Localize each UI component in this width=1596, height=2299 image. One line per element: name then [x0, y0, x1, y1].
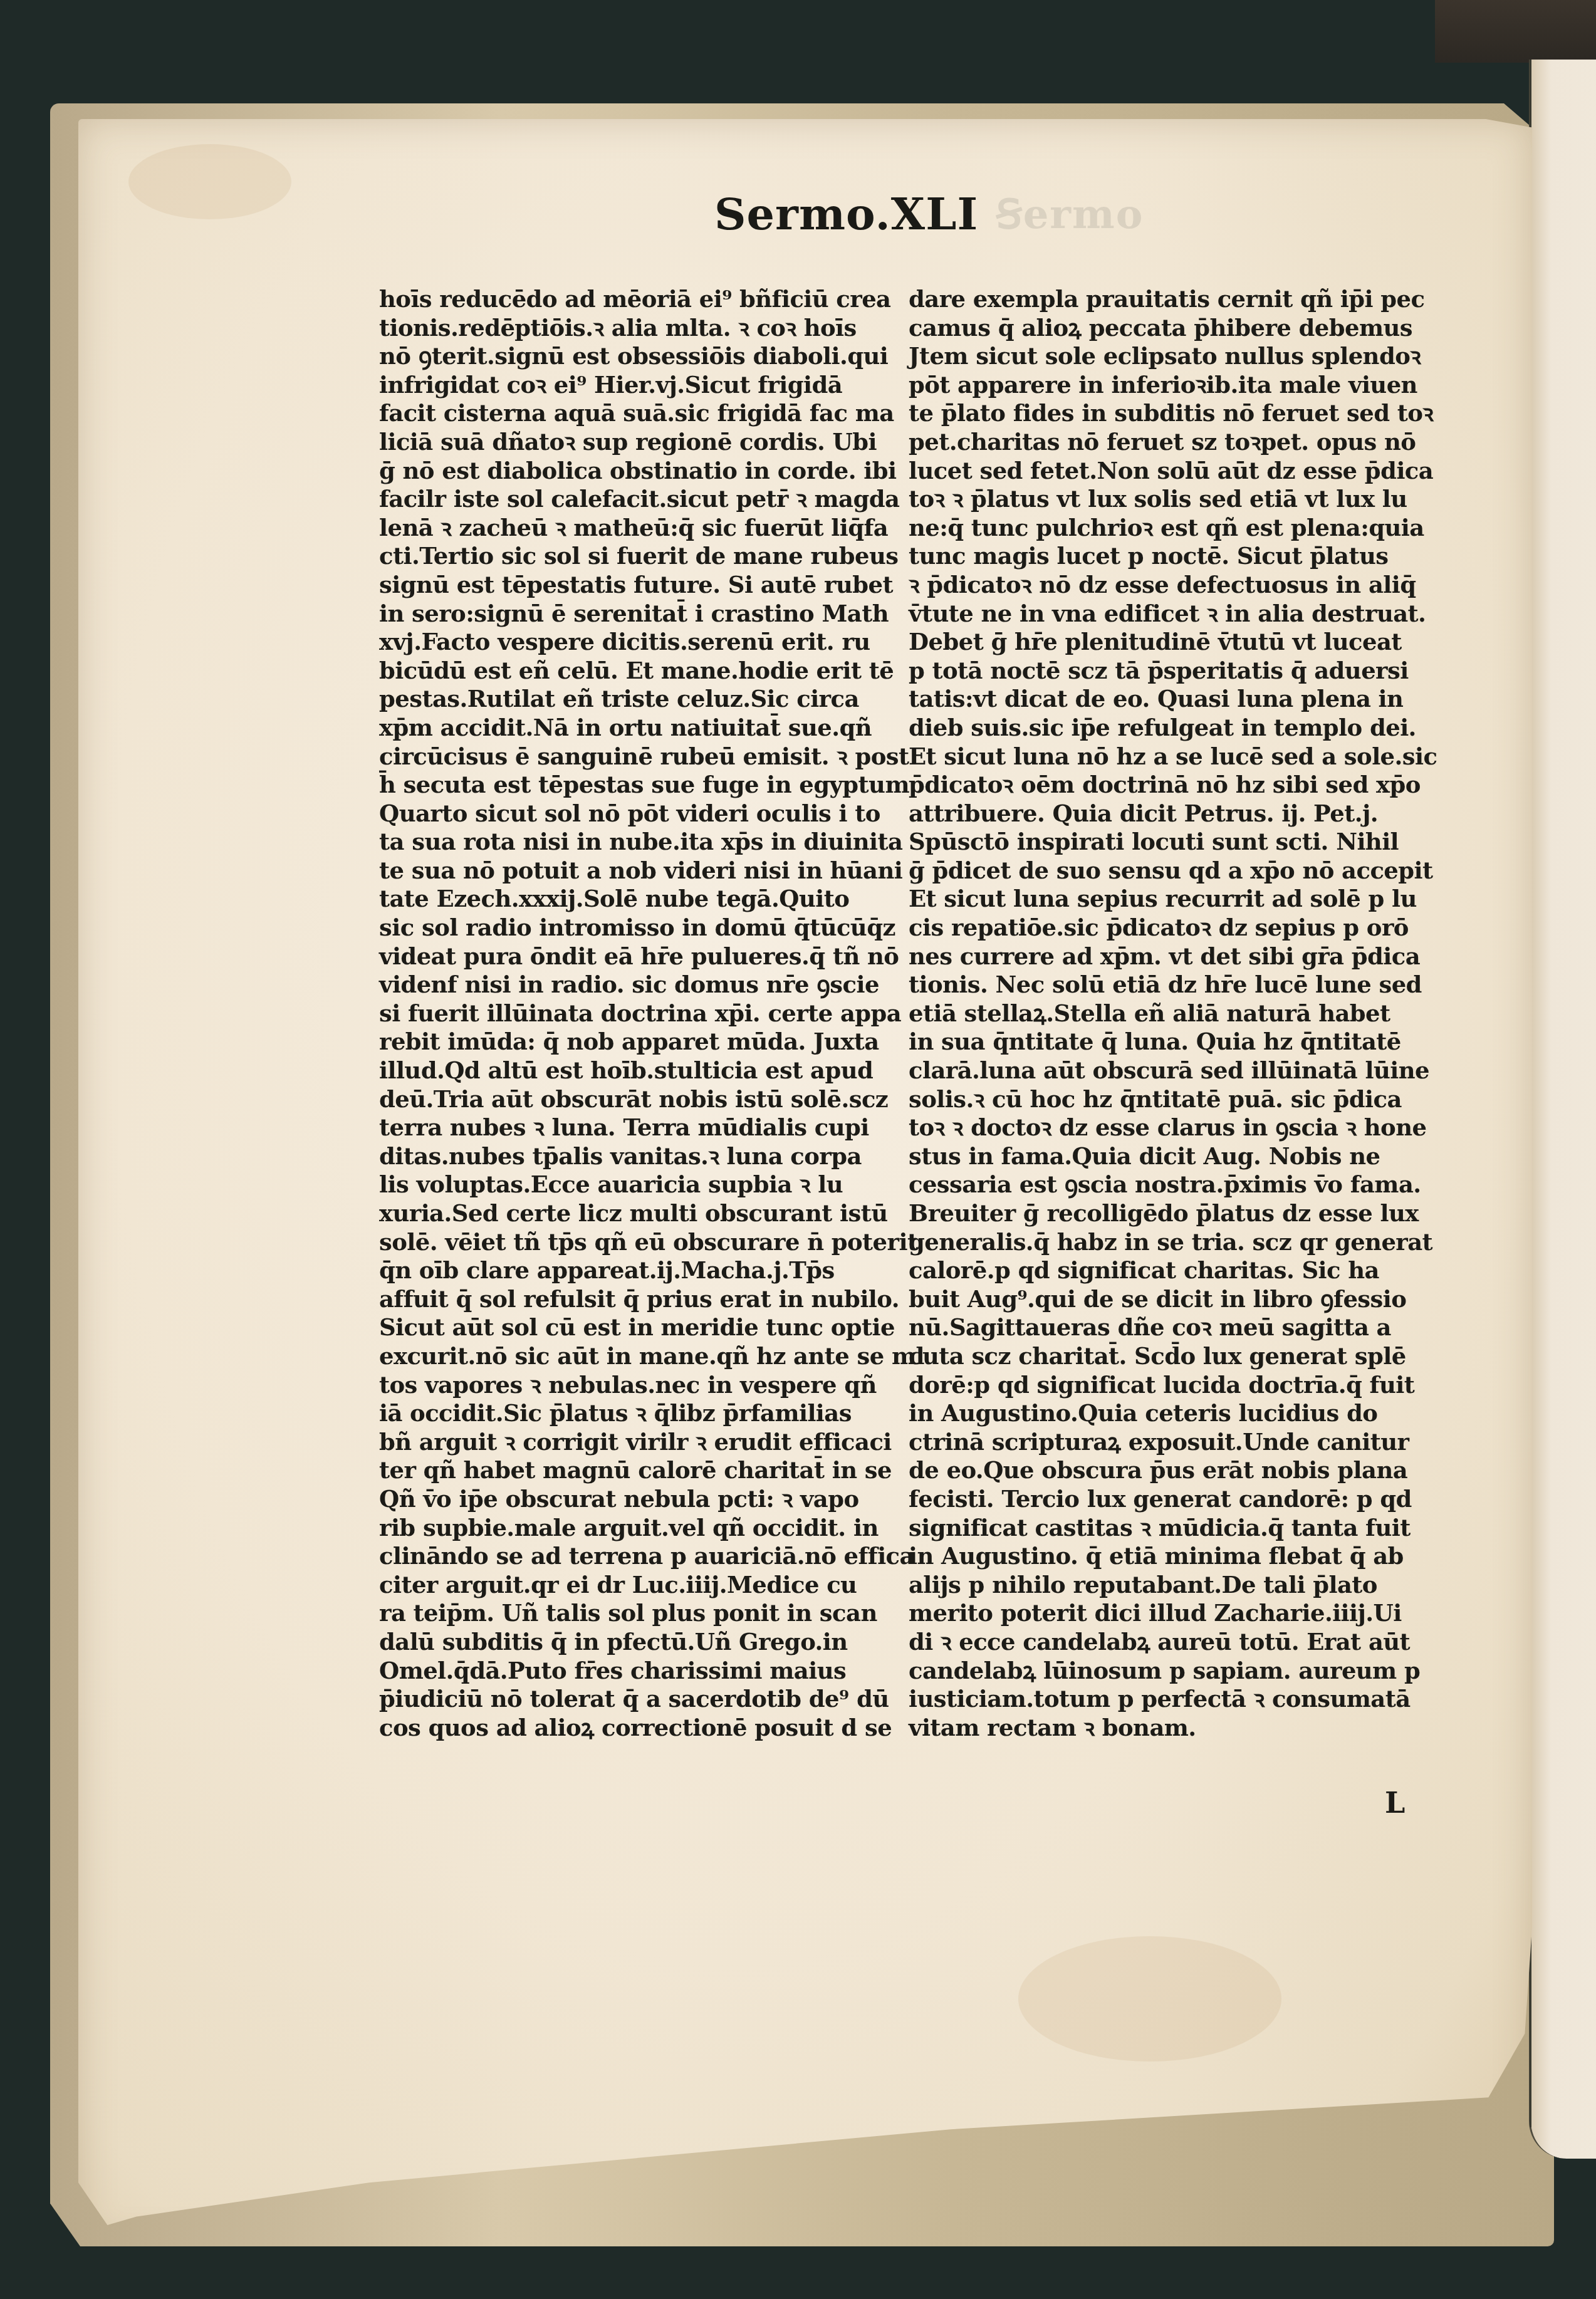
text-line: dalū subditis q̄ in pfectū.Uñ Grego.in — [379, 1628, 899, 1657]
text-line: fecisti. Tercio lux generat candorē: p q… — [909, 1485, 1441, 1514]
show-through-text: Ꞩermo — [996, 191, 1144, 238]
text-line: p̄dicatoꝛ oēm doctrinā nō hz sibi sed xp… — [909, 771, 1441, 800]
text-line: nū.Sagittaueras dñe coꝛ meū sagitta a — [909, 1313, 1441, 1342]
text-line: ter qñ habet magnū calorē charitat̄ in s… — [379, 1456, 899, 1485]
text-line: solē. vēiet tñ tp̄s qñ eū obscurare n̄ p… — [379, 1228, 899, 1257]
text-line: de eo.Que obscura p̄us erāt nobis plana — [909, 1456, 1441, 1485]
text-line: in Augustino. q̄ etiā minima flebat q̄ a… — [909, 1542, 1441, 1571]
text-column-left: hoīs reducēdo ad mēoriā ei⁹ bñficiū crea… — [379, 285, 899, 1742]
text-line: lenā ꝛ zacheū ꝛ matheū:q̄ sic fuerūt liq… — [379, 514, 899, 543]
text-line: rib supbie.male arguit.vel qñ occidit. i… — [379, 1514, 899, 1543]
text-line: p̄iudiciū nō tolerat q̄ a sacerdotib de⁹… — [379, 1685, 899, 1714]
text-line: in Augustino.Quia ceteris lucidius do — [909, 1399, 1441, 1428]
text-line: toꝛ ꝛ p̄latus vt lux solis sed etiā vt l… — [909, 485, 1441, 514]
text-line: signū est tēpestatis future. Si autē rub… — [379, 571, 899, 600]
text-line: di ꝛ ecce candelabꝝ aureū totū. Erat aūt — [909, 1628, 1441, 1657]
text-line: facit cisterna aquā suā.sic frigidā fac … — [379, 399, 899, 428]
text-line: Sicut aūt sol cū est in meridie tunc opt… — [379, 1313, 899, 1342]
text-line: stus in fama.Quia dicit Aug. Nobis ne — [909, 1142, 1441, 1171]
text-line: calorē.p qd significat charitas. Sic ha — [909, 1256, 1441, 1285]
text-line: etiā stellaꝝ.Stella eñ aliā naturā habet — [909, 999, 1441, 1028]
text-line: dorē:p qd significat lucida doctrīa.q̄ f… — [909, 1371, 1441, 1400]
text-line: Breuiter ḡ recolligēdo p̄latus dz esse l… — [909, 1199, 1441, 1228]
text-line: rebit imūda: q̄ nob apparet mūda. Juxta — [379, 1028, 899, 1056]
text-line: ne:q̄ tunc pulchrioꝛ est qñ est plena:qu… — [909, 514, 1441, 543]
text-line: tunc magis lucet p noctē. Sicut p̄latus — [909, 542, 1441, 571]
foxing-stain — [128, 144, 291, 219]
text-line: bñ arguit ꝛ corrigit virilr ꝛ erudit eff… — [379, 1428, 899, 1457]
running-head: Sermo.XLI — [714, 188, 978, 240]
text-line: generalis.q̄ habz in se tria. scz qr gen… — [909, 1228, 1441, 1257]
text-line: attribuere. Quia dicit Petrus. ij. Pet.j… — [909, 800, 1441, 828]
text-line: clināndo se ad terrena p auariciā.nō eff… — [379, 1542, 899, 1571]
text-line: cuta scz charitat̄. Scd̄o lux generat sp… — [909, 1342, 1441, 1371]
text-line: lucet sed fetet.Non solū aūt dz esse p̄d… — [909, 457, 1441, 486]
text-line: liciā suā dñatoꝛ sup regionē cordis. Ubi — [379, 428, 899, 457]
text-line: Et sicut luna nō hz a se lucē sed a sole… — [909, 743, 1441, 771]
text-line: cti.Tertio sic sol si fuerit de mane rub… — [379, 542, 899, 571]
text-line: v̄tute ne in vna edificet ꝛ in alia dest… — [909, 600, 1441, 628]
text-line: pōt apparere in inferioꝛib.ita male viue… — [909, 371, 1441, 400]
text-line: ḡ p̄dicet de suo sensu qd a xp̄o nō acce… — [909, 857, 1441, 885]
text-line: tionis.redēptiōis.ꝛ alia mlta. ꝛ coꝛ hoī… — [379, 314, 899, 343]
text-column-right: dare exempla prauitatis cernit qñ ip̄i p… — [909, 285, 1441, 1742]
text-line: Qñ v̄o ip̄e obscurat nebula pcti: ꝛ vapo — [379, 1485, 899, 1514]
text-line: Et sicut luna sepius recurrit ad solē p … — [909, 885, 1441, 914]
text-line: dare exempla prauitatis cernit qñ ip̄i p… — [909, 285, 1441, 314]
text-line: deū.Tria aūt obscurāt nobis istū solē.sc… — [379, 1085, 899, 1114]
text-line: citer arguit.qr ei dr Luc.iiij.Medice cu — [379, 1571, 899, 1600]
text-line: camus q̄ alioꝝ peccata p̄hibere debemus — [909, 314, 1441, 343]
text-line: videnf nisi in radio. sic domus nr̄e ꝯsc… — [379, 971, 899, 999]
text-line: tos vapores ꝛ nebulas.nec in vespere qñ — [379, 1371, 899, 1400]
text-line: Jtem sicut sole eclipsato nullus splendo… — [909, 342, 1441, 371]
text-line: ra teip̄m. Uñ talis sol plus ponit in sc… — [379, 1599, 899, 1628]
text-line: alijs p nihilo reputabant.De tali p̄lato — [909, 1571, 1441, 1600]
text-line: p totā noctē scz tā p̄speritatis q̄ adue… — [909, 657, 1441, 686]
text-line: xvj.Facto vespere dicitis.serenū erit. r… — [379, 628, 899, 657]
text-line: buit Aug⁹.qui de se dicit in libro ꝯfess… — [909, 1285, 1441, 1314]
text-line: clarā.luna aūt obscurā sed illūinatā lūi… — [909, 1056, 1441, 1085]
text-line: illud.Qd altū est hoīb.stulticia est apu… — [379, 1056, 899, 1085]
text-line: te sua nō potuit a nob videri nisi in hū… — [379, 857, 899, 885]
text-line: si fuerit illūinata doctrina xp̄i. certe… — [379, 999, 899, 1028]
text-line: cis repatiōe.sic p̄dicatoꝛ dz sepius p o… — [909, 914, 1441, 942]
text-line: xuria.Sed certe licz multi obscurant ist… — [379, 1199, 899, 1228]
book-cover-corner — [1435, 0, 1596, 63]
text-line: Spūsctō inspirati locuti sunt scti. Nihi… — [909, 828, 1441, 857]
text-line: h̄ secuta est tēpestas sue fuge in egypt… — [379, 771, 899, 800]
text-line: cessaria est ꝯscia nostra.p̄ximis v̄o fa… — [909, 1170, 1441, 1199]
text-line: nō ꝯterit.signū est obsessiōis diaboli.q… — [379, 342, 899, 371]
text-line: ditas.nubes tp̄alis vanitas.ꝛ luna corpa — [379, 1142, 899, 1171]
text-line: vitam rectam ꝛ bonam. — [909, 1714, 1441, 1743]
text-line: Debet ḡ hr̄e plenitudinē v̄tutū vt lucea… — [909, 628, 1441, 657]
text-line: tatis:vt dicat de eo. Quasi luna plena i… — [909, 685, 1441, 714]
text-line: hoīs reducēdo ad mēoriā ei⁹ bñficiū crea — [379, 285, 899, 314]
text-line: nes currere ad xp̄m. vt det sibi gr̄a p̄… — [909, 942, 1441, 971]
text-line: bicūdū est eñ celū. Et mane.hodie erit t… — [379, 657, 899, 686]
text-line: significat castitas ꝛ mūdicia.q̄ tanta f… — [909, 1514, 1441, 1543]
text-line: videat pura ōndit eā hr̄e pulueres.q̄ tñ… — [379, 942, 899, 971]
text-line: in sua q̄ntitate q̄ luna. Quia hz q̄ntit… — [909, 1028, 1441, 1056]
text-line: q̄n oīb clare appareat.ij.Macha.j.Tp̄s — [379, 1256, 899, 1285]
facing-page-edge — [1529, 60, 1596, 2159]
text-line: xp̄m accidit.Nā in ortu natiuitat̄ sue.q… — [379, 714, 899, 743]
text-line: ꝛ p̄dicatoꝛ nō dz esse defectuosus in al… — [909, 571, 1441, 600]
text-line: circūcisus ē sanguinē rubeū emisit. ꝛ po… — [379, 743, 899, 771]
text-line: sic sol radio intromisso in domū q̄tūcūq… — [379, 914, 899, 942]
text-line: ḡ nō est diabolica obstinatio in corde. … — [379, 457, 899, 486]
text-line: affuit q̄ sol refulsit q̄ prius erat in … — [379, 1285, 899, 1314]
text-line: terra nubes ꝛ luna. Terra mūdialis cupi — [379, 1113, 899, 1142]
text-line: Quarto sicut sol nō pōt videri oculis i … — [379, 800, 899, 828]
text-line: excurit.nō sic aūt in mane.qñ hz ante se… — [379, 1342, 899, 1371]
text-line: in sero:signū ē serenitat̄ i crastino Ma… — [379, 600, 899, 628]
text-line: candelabꝝ lūinosum p sapiam. aureum p — [909, 1657, 1441, 1686]
text-line: iusticiam.totum p perfectā ꝛ consumatā — [909, 1685, 1441, 1714]
text-line: ctrinā scripturaꝝ exposuit.Unde canitur — [909, 1428, 1441, 1457]
catchword: L — [1385, 1786, 1405, 1820]
text-line: infrigidat coꝛ ei⁹ Hier.vj.Sicut frigidā — [379, 371, 899, 400]
text-line: pet.charitas nō feruet sz toꝛpet. opus n… — [909, 428, 1441, 457]
text-line: merito poterit dici illud Zacharie.iiij.… — [909, 1599, 1441, 1628]
text-line: tate Ezech.xxxij.Solē nube tegā.Quito — [379, 885, 899, 914]
text-line: facilr iste sol calefacit.sicut petr̄ ꝛ … — [379, 485, 899, 514]
text-line: dieb suis.sic ip̄e refulgeat in templo d… — [909, 714, 1441, 743]
text-line: solis.ꝛ cū hoc hz q̄ntitatē puā. sic p̄d… — [909, 1085, 1441, 1114]
text-line: tionis. Nec solū etiā dz hr̄e lucē lune … — [909, 971, 1441, 999]
foxing-stain — [1018, 1936, 1281, 2062]
text-line: toꝛ ꝛ doctoꝛ dz esse clarus in ꝯscia ꝛ h… — [909, 1113, 1441, 1142]
text-line: pestas.Rutilat eñ triste celuz.Sic circa — [379, 685, 899, 714]
text-line: Omel.q̄dā.Puto fr̄es charissimi maius — [379, 1657, 899, 1686]
text-line: ta sua rota nisi in nube.ita xp̄s in diu… — [379, 828, 899, 857]
text-line: cos quos ad alioꝝ correctionē posuit d s… — [379, 1714, 899, 1743]
text-line: iā occidit.Sic p̄latus ꝛ q̄libz p̄rfamil… — [379, 1399, 899, 1428]
text-line: lis voluptas.Ecce auaricia supbia ꝛ lu — [379, 1170, 899, 1199]
text-line: te p̄lato fides in subditis nō feruet se… — [909, 399, 1441, 428]
